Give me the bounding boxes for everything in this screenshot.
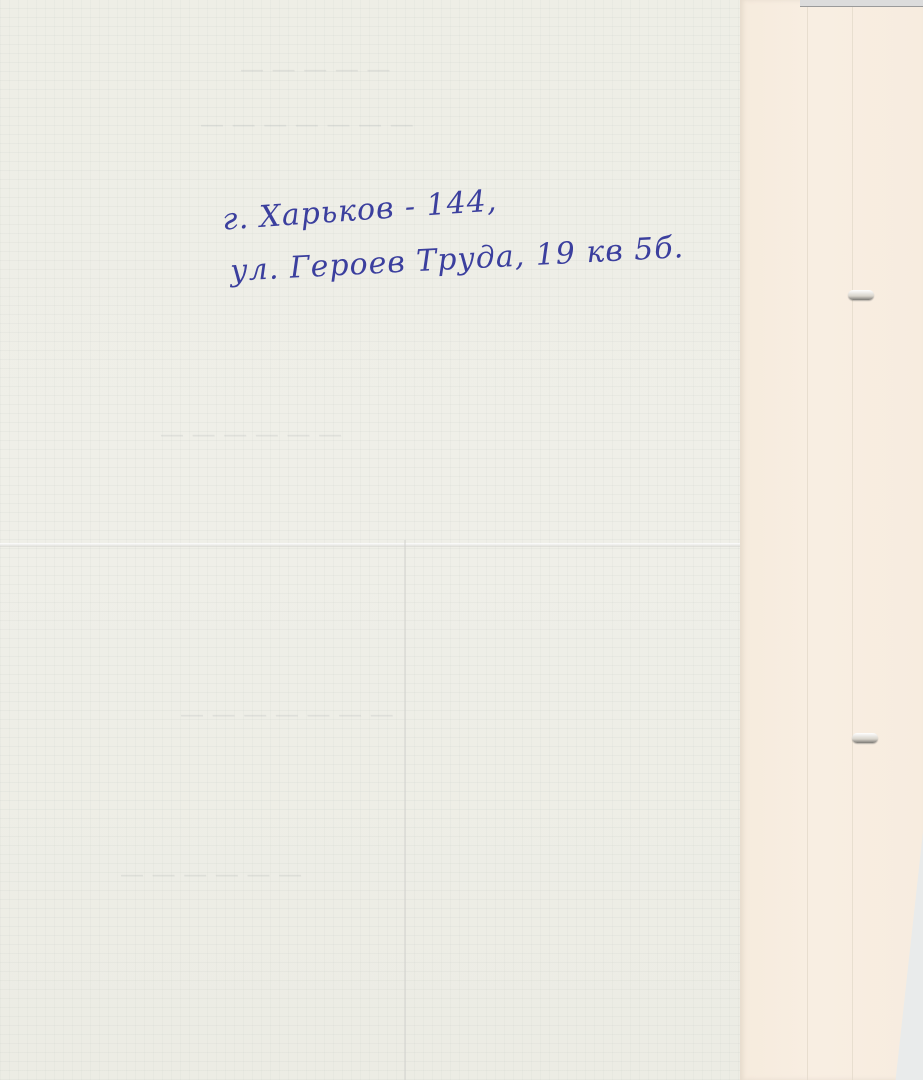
bleed-through-text: — — — — — (240, 55, 391, 83)
binding-slit-icon (848, 290, 874, 300)
horizontal-fold-crease (0, 543, 742, 547)
paper-top-edge (800, 0, 923, 7)
address-street-line: ул. Героев Труда, 19 кв 5б. (229, 230, 685, 289)
binding-slit-icon (852, 733, 878, 743)
strip-perforation-line (807, 0, 808, 1080)
letter-page: — — — — — — — — — — — — — — — — — — — — … (0, 0, 742, 1080)
strip-perforation-line (852, 0, 853, 1080)
bleed-through-text: — — — — — — (120, 860, 302, 888)
address-city-line: г. Харьков - 144, (221, 183, 498, 237)
bleed-through-text: — — — — — — — (180, 700, 394, 728)
bleed-through-text: — — — — — — (160, 420, 342, 448)
bleed-through-text: — — — — — — — (200, 110, 414, 138)
vertical-fold-crease (404, 540, 406, 1080)
envelope-strip (740, 0, 923, 1080)
